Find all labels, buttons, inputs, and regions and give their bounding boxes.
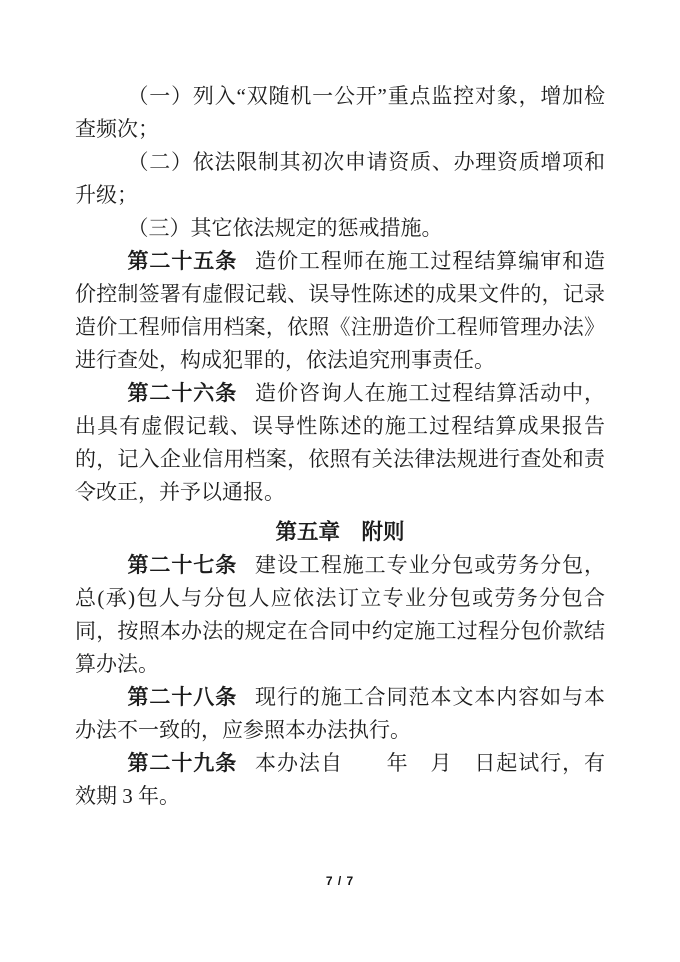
article-26: 第二十六条造价咨询人在施工过程结算活动中，出具有虚假记载、误导性陈述的施工过程结…	[75, 377, 605, 509]
article-28: 第二十八条现行的施工合同范本文本内容如与本办法不一致的，应参照本办法执行。	[75, 681, 605, 747]
page-number: 7 / 7	[0, 874, 680, 888]
clause-item-2: （二）依法限制其初次申请资质、办理资质增项和升级；	[75, 146, 605, 212]
article-25: 第二十五条造价工程师在施工过程结算编审和造价控制签署有虚假记载、误导性陈述的成果…	[75, 245, 605, 377]
document-body: （一）列入“双随机一公开”重点监控对象，增加检查频次； （二）依法限制其初次申请…	[75, 80, 605, 813]
article-28-label: 第二十八条	[128, 685, 238, 709]
clause-text: （三）其它依法规定的惩戒措施。	[128, 216, 443, 240]
article-29: 第二十九条本办法自 年 月 日起试行，有效期 3 年。	[75, 747, 605, 813]
clause-text: （一）列入“双随机一公开”重点监控对象，增加检查频次；	[75, 84, 605, 141]
article-25-label: 第二十五条	[128, 249, 238, 273]
document-page: （一）列入“双随机一公开”重点监控对象，增加检查频次； （二）依法限制其初次申请…	[0, 0, 680, 962]
clause-item-3: （三）其它依法规定的惩戒措施。	[75, 212, 605, 245]
chapter-heading: 第五章 附则	[75, 516, 605, 549]
article-29-label: 第二十九条	[128, 751, 238, 775]
article-27: 第二十七条建设工程施工专业分包或劳务分包，总(承)包人与分包人应依法订立专业分包…	[75, 549, 605, 681]
article-26-label: 第二十六条	[128, 381, 238, 405]
clause-text: （二）依法限制其初次申请资质、办理资质增项和升级；	[75, 150, 605, 207]
clause-item-1: （一）列入“双随机一公开”重点监控对象，增加检查频次；	[75, 80, 605, 146]
article-27-label: 第二十七条	[128, 553, 238, 577]
